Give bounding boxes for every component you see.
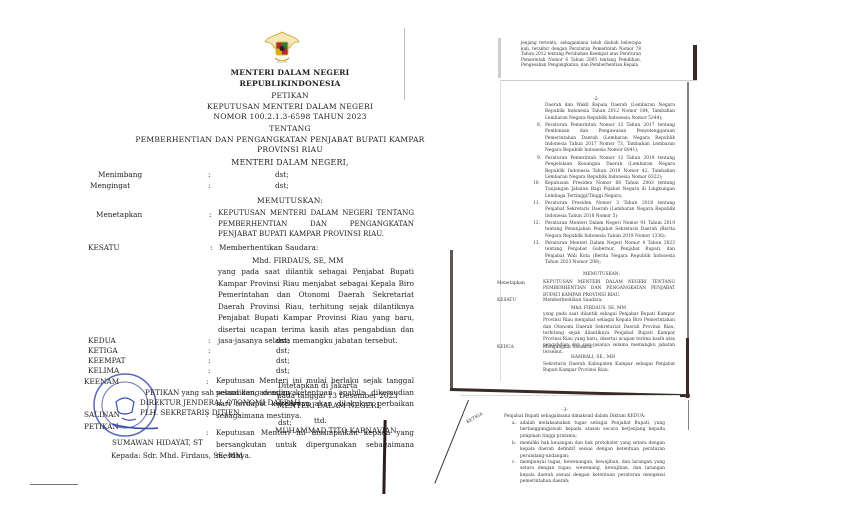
recipient-line: Kepada: Sdr. Mhd. Firdaus, SE, MM	[111, 451, 243, 460]
menimbang-value: dst;	[275, 170, 289, 179]
decree-subject-line2: PROVINSI RIAU	[140, 145, 440, 154]
issuer-title: MENTERI DALAM NEGERI,	[140, 158, 440, 167]
item-12-text: Peraturan Menteri Dalam Negeri Nomor 91 …	[545, 221, 675, 240]
page-2-memutuskan: MEMUTUSKAN:	[583, 272, 620, 277]
menetapkan-text: KEPUTUSAN MENTERI DALAM NEGERI TENTANG P…	[218, 208, 414, 240]
page-3-number: -3-	[562, 408, 568, 413]
kedua-label: KEDUA	[88, 336, 116, 345]
decree-title: KEPUTUSAN MENTERI DALAM NEGERI	[140, 102, 440, 111]
item-b-text: memiliki hak keuangan dan hak protokoler…	[520, 441, 665, 460]
page-1-tail-text: jenjang tertentu, sebagaimana telah diub…	[521, 40, 641, 68]
page-2-kedua-name: HAMBALI, SE., MH	[571, 355, 615, 360]
item-10-number: 10.	[533, 181, 540, 186]
page-edge-shadow	[687, 82, 689, 372]
item-11-text: Peraturan Presiden Nomor 3 Tahun 2018 te…	[545, 201, 675, 220]
page-edge-shadow	[686, 338, 689, 398]
kelima-value: dst;	[276, 366, 290, 375]
page-2-intro: Daerah dan Wakil Kepala Daerah (Lembaran…	[545, 103, 675, 122]
page-2-kesatu-label: KESATU	[497, 298, 516, 303]
item-10-text: Keputusan Presiden Nomor 68 Tahun 2003 t…	[545, 181, 675, 200]
item-a-text: adalah melaksanakan tugas sebagai Penjab…	[520, 421, 665, 440]
page-2-number: -2-	[593, 97, 599, 102]
item-13-number: 13.	[533, 241, 540, 246]
left-document-page: MENTERI DALAM NEGERI REPUBLIKINDONESIA P…	[40, 0, 420, 525]
keempat-value: dst;	[276, 356, 290, 365]
republic-title: REPUBLIKINDONESIA	[140, 79, 440, 88]
ketiga-value: dst;	[276, 346, 290, 355]
item-b-label: b.	[512, 441, 516, 446]
item-c-text: mempunyai tugas, kewenangan, kewajiban, …	[520, 460, 665, 485]
item-13-text: Peraturan Menteri Dalam Negeri Nomor 4 T…	[545, 241, 675, 266]
keempat-label: KEEMPAT	[88, 356, 126, 365]
signature-place: Ditetapkan di Jakarta	[278, 381, 357, 390]
page-3-intro: Penjabat Bupati sebagaimana dimaksud dal…	[504, 414, 674, 420]
item-8-number: 8.	[537, 123, 541, 128]
page-2-kedua-intro: Mengangkat Saudara:	[543, 345, 593, 350]
page-2-menetapkan-label: Menetapkan	[497, 281, 525, 286]
ketiga-label: KETIGA	[88, 346, 118, 355]
menimbang-label: Menimbang	[98, 170, 142, 179]
kesatu-label: KESATU	[88, 243, 120, 252]
kesatu-text: yang pada saat dilantik sebagai Penjabat…	[218, 266, 414, 347]
page-1-tail: jenjang tertentu, sebagaimana telah diub…	[498, 38, 701, 78]
mengingat-value: dst;	[275, 181, 289, 190]
page-2-kesatu-intro: Memberhentikan Saudara:	[543, 298, 603, 303]
kesatu-intro: Memberhentikan Saudara:	[219, 243, 318, 252]
kesatu-name: Mhd. FIRDAUS, SE, MM	[252, 256, 343, 265]
decree-number: NOMOR 100.2.1.3-6598 TAHUN 2023	[140, 112, 440, 121]
item-9-text: Peraturan Pemerintah Nomor 12 Tahun 2019…	[545, 156, 675, 181]
page-edge-shadow	[688, 400, 689, 430]
page-edge-line	[404, 28, 405, 100]
page-2-menetapkan-text: KEPUTUSAN MENTERI DALAM NEGERI TENTANG P…	[543, 280, 675, 299]
decree-subject-line1: PEMBERHENTIAN DAN PENGANGKATAN PENJABAT …	[100, 135, 460, 144]
page-edge-shadow	[693, 45, 697, 83]
certification-line1: PETIKAN yang sah sesuai dengan aslinya	[145, 388, 296, 397]
page-3: -3- KETIGA Penjabat Bupati sebagaimana d…	[460, 395, 680, 488]
item-8-text: Peraturan Pemerintah Nomor 12 Tahun 2017…	[545, 123, 675, 154]
item-12-number: 12.	[533, 221, 540, 226]
kedua-value: dst;	[276, 336, 290, 345]
page-2: -2- Daerah dan Wakil Kepala Daerah (Lemb…	[500, 80, 697, 381]
ministry-title: MENTERI DALAM NEGERI	[140, 68, 440, 77]
page-2-kedua-text: Sekretaris Daerah Kabupaten Kampar sebag…	[543, 362, 675, 375]
certification-line3: PLH. SEKRETARIS DITJEN,	[140, 408, 241, 417]
garuda-emblem-icon	[262, 28, 302, 68]
certification-signer: SUMAWAN HIDAYAT, ST	[112, 438, 203, 447]
item-11-number: 11.	[533, 201, 540, 206]
item-a-label: a.	[512, 421, 516, 426]
right-document-scan: jenjang tertentu, sebagaimana telah diub…	[440, 0, 760, 525]
mengingat-label: Mengingat	[90, 181, 130, 190]
item-9-number: 9.	[537, 156, 541, 161]
signature-ttd: ttd.	[314, 416, 327, 425]
signature-date: pada tanggal 13 Desember 2023	[277, 391, 398, 400]
signature-title: MENTERI DALAM NEGERI,	[277, 401, 382, 410]
menetapkan-label: Menetapkan	[96, 210, 142, 219]
page-2-kedua-label: KEDUA	[497, 345, 514, 350]
page-edge-shadow	[450, 250, 453, 390]
petikan-heading: PETIKAN	[140, 91, 440, 100]
page-edge-line	[30, 484, 78, 485]
page-2-kesatu-name: Mhd. FIRDAUS, SE, MM	[571, 306, 626, 311]
item-c-label: c.	[512, 460, 516, 465]
page-3-side-label: KETIGA	[466, 412, 484, 425]
tentang-label: TENTANG	[140, 124, 440, 133]
signature-name: MUHAMMAD TITO KARNAVIAN	[275, 426, 397, 435]
memutuskan-heading: MEMUTUSKAN:	[140, 196, 440, 205]
